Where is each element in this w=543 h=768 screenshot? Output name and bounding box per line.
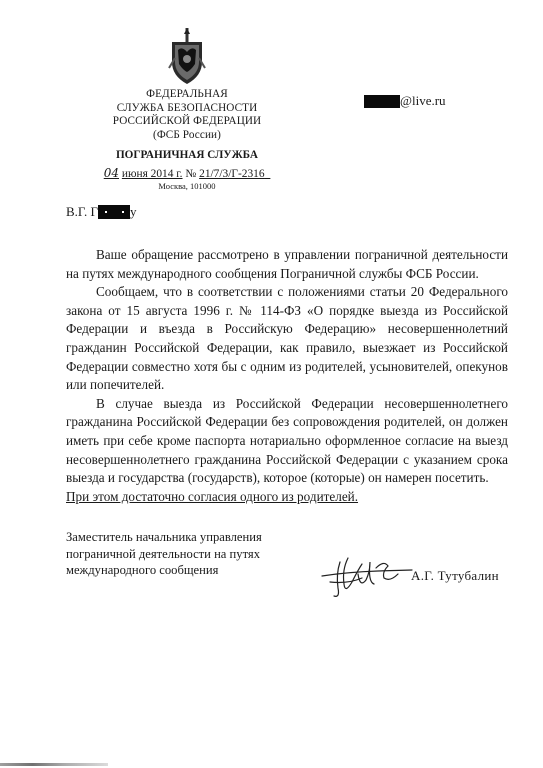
position-line-2: пограничной деятельности на путях	[66, 546, 262, 563]
handwritten-signature-icon	[318, 554, 414, 600]
document-number: 21/7/3/Г-2316	[199, 168, 264, 180]
position-line-1: Заместитель начальника управления	[66, 529, 262, 546]
letterhead: ФЕДЕРАЛЬНАЯ СЛУЖБА БЕЗОПАСНОСТИ РОССИЙСК…	[92, 28, 282, 192]
email-domain: @live.ru	[400, 93, 446, 109]
underlined-note: При этом достаточно согласия одного из р…	[66, 488, 508, 507]
position-line-3: международного сообщения	[66, 562, 262, 579]
document-date-number: 04 июня 2014 г. № 21/7/3/Г-2316_	[92, 166, 282, 181]
date-day: 04	[104, 166, 119, 180]
letter-body: Ваше обращение рассмотрено в управлении …	[66, 246, 508, 506]
addressee-suffix: у	[130, 204, 137, 220]
org-abbreviation: (ФСБ России)	[92, 129, 282, 143]
redacted-block	[364, 95, 400, 108]
service-name: ПОГРАНИЧНАЯ СЛУЖБА	[92, 148, 282, 162]
date-month-year: июня 2014 г.	[122, 168, 183, 180]
org-name-line-2: СЛУЖБА БЕЗОПАСНОСТИ	[92, 102, 282, 116]
redacted-block	[98, 205, 130, 219]
scan-artifact	[0, 763, 108, 766]
org-name-line-1: ФЕДЕРАЛЬНАЯ	[92, 88, 282, 102]
addressee: В.Г. Г у	[66, 204, 137, 220]
recipient-email: @live.ru	[364, 93, 446, 109]
addressee-prefix: В.Г. Г	[66, 204, 98, 220]
signatory-position: Заместитель начальника управления погран…	[66, 529, 262, 579]
signer-name: А.Г. Тутубалин	[411, 568, 499, 584]
paragraph: Сообщаем, что в соответствии с положения…	[66, 283, 508, 395]
paragraph: Ваше обращение рассмотрено в управлении …	[66, 246, 508, 283]
city-postcode: Москва, 101000	[92, 181, 282, 192]
paragraph: В случае выезда из Российской Федерации …	[66, 395, 508, 488]
fsb-emblem-icon	[165, 28, 209, 86]
number-label: №	[185, 168, 196, 180]
org-name-line-3: РОССИЙСКОЙ ФЕДЕРАЦИИ	[92, 115, 282, 129]
